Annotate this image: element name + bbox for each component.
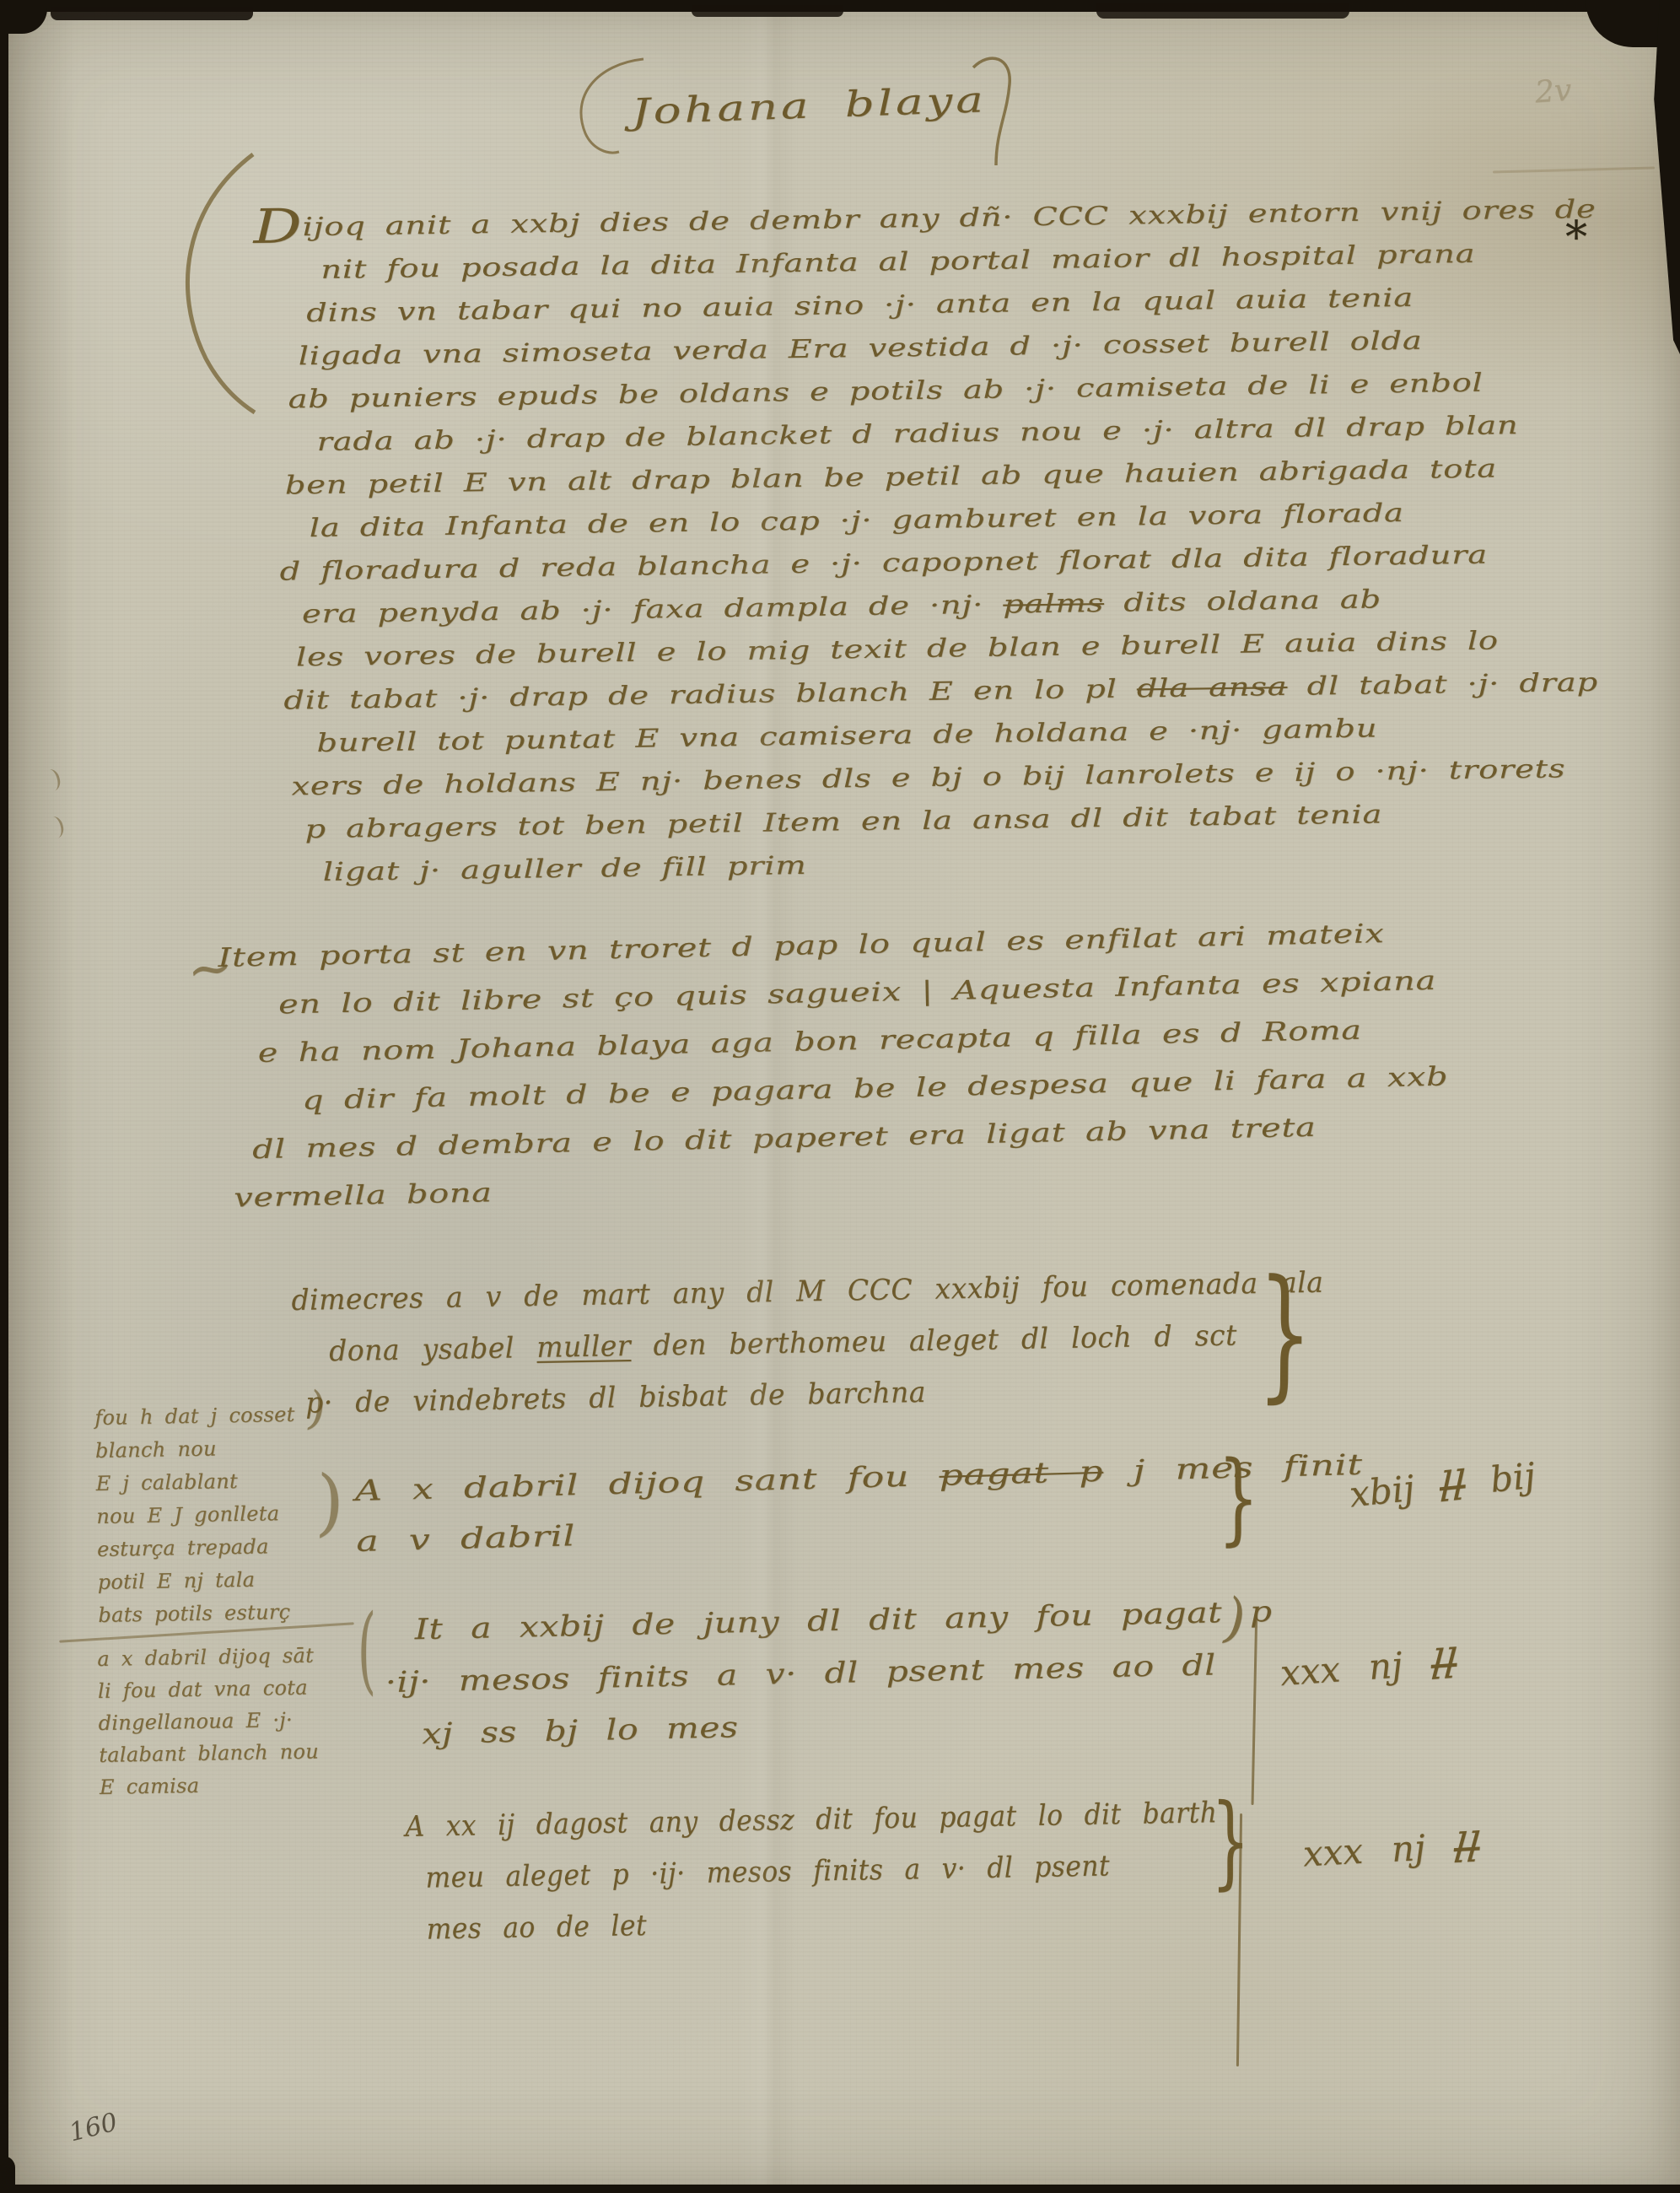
scan-edge-left [0, 0, 8, 2193]
line-text: mes ao de let [426, 1909, 647, 1947]
amount-sous: bij [1488, 1455, 1537, 1506]
line-text: ·ij· mesos finits a v· dl psent mes ao d… [385, 1648, 1217, 1700]
scan-edge-top-blob [51, 7, 253, 20]
line-text: p abragers tot ben petil Item en la ansa… [304, 800, 1382, 844]
margin-line: dingellanoua E ·j· [98, 1703, 318, 1739]
curly-brace-glyph: } [1257, 1249, 1313, 1418]
struck-text: dla ansa [1137, 672, 1288, 703]
line-text: A x dabril dijoq sant fou [354, 1459, 940, 1508]
line-text: potil E nj tala [97, 1568, 255, 1594]
amount-pounds: xxx [1279, 1648, 1342, 1700]
margin-note-clothing-2: a x dabril dijoq sāt li fou dat vna cota… [97, 1639, 320, 1803]
margin-note-clothing-1: fou h dat j cosset blanch nou E j calabl… [94, 1398, 299, 1632]
page-title-text: Johana blaya [631, 78, 987, 132]
line-text: dl tabat ·j· drap [1287, 668, 1598, 702]
margin-hook-glyph: ) [315, 1460, 346, 1545]
curly-brace: } [1218, 1447, 1259, 1547]
line-text: It a xxbij de juny dl dit any fou pagat … [414, 1595, 1273, 1646]
amount-sous: nj [1391, 1827, 1427, 1876]
margin-line: li fou dat vna cota [98, 1671, 318, 1707]
page-title: Johana blaya [631, 78, 987, 132]
amount-pounds: xxx [1302, 1830, 1365, 1881]
amount-payment-3: xxx nj ll [1302, 1824, 1481, 1881]
scan-edge-top-blob [692, 5, 843, 17]
struck-text: pagat p [939, 1455, 1104, 1493]
line-text: dingellanoua E ·j· [98, 1708, 293, 1735]
line-text: A xx ij dagost any dessz dit fou pagat l… [405, 1796, 1217, 1844]
margin-line: esturça trepada [97, 1530, 298, 1566]
line-text: a x dabril dijoq sāt [97, 1644, 314, 1671]
line-text: E camisa [100, 1774, 200, 1799]
entry-left-paren: ( [358, 1603, 376, 1697]
corner-folio-mark: 2v [1534, 73, 1573, 110]
line-text: bats potils esturç [98, 1600, 290, 1627]
line-text: nou E J gonlleta [96, 1501, 279, 1528]
line-text: esturça trepada [97, 1534, 269, 1561]
line-text: talabant blanch nou [99, 1739, 319, 1767]
line-text: dits oldana ab [1104, 585, 1381, 618]
entry-payment-1: A x dabril dijoq sant fou pagat p j mes … [354, 1440, 1365, 1567]
corner-folio-mark-text: 2v [1534, 73, 1573, 110]
line-text: fou h dat j cosset [94, 1403, 295, 1430]
main-paragraph: Dijoq anit a xxbj dies de dembr any dñ· … [253, 188, 1606, 895]
curly-brace-glyph: } [1218, 1439, 1259, 1555]
margin-line: talabant blanch nou [99, 1735, 319, 1771]
curly-brace-glyph: } [1211, 1783, 1250, 1900]
amount-payment-1: xbij ll bij [1348, 1455, 1538, 1522]
center-crease [739, 0, 798, 2193]
margin-line: fou h dat j cosset [94, 1398, 295, 1435]
margin-line: E camisa [100, 1767, 320, 1803]
line-text: vermella bona [234, 1177, 493, 1213]
amount-pounds: xbij [1348, 1468, 1417, 1522]
entry-committal: dimecres a v de mart any dl M CCC xxxbij… [291, 1258, 1326, 1430]
margin-line: a x dabril dijoq sāt [97, 1639, 317, 1675]
note-paragraph: Item porta st en vn troret d pap lo qual… [218, 909, 1451, 1223]
struck-text: palms [1003, 589, 1104, 620]
line-text: ligat j· aguller de fill prim [322, 851, 806, 887]
lliura-symbol: ll [1439, 1462, 1467, 1512]
curly-brace: } [1211, 1792, 1250, 1893]
line-text: dimecres a v de mart any dl M CCC xxxbij… [291, 1266, 1324, 1317]
line-text: blanch nou [95, 1436, 217, 1463]
manuscript-page: Johana blaya 2v * Dijoq anit a xxbj dies… [0, 0, 1680, 2193]
scan-corner-bottom-left [0, 2156, 15, 2193]
entry-left-paren-glyph: ( [358, 1595, 376, 1705]
margin-line: nou E J gonlleta [96, 1497, 297, 1533]
curly-brace: } [1257, 1261, 1313, 1406]
scan-edge-right-wedge [1643, 0, 1680, 354]
underlined-text: muller [536, 1329, 631, 1365]
line-text: a v dabril [356, 1519, 576, 1559]
line-text: li fou dat vna cota [98, 1676, 308, 1703]
line-text: den berthomeu aleget dl loch d sct [631, 1318, 1237, 1363]
scan-edge-top-blob [1096, 3, 1349, 19]
margin-line: E j calablant [95, 1464, 296, 1501]
line-text: era penyda ab ·j· faxa dampla de ·nj· [302, 590, 1004, 630]
lliura-symbol: ll [1452, 1824, 1483, 1872]
margin-hook: ) [315, 1466, 346, 1539]
smudge-line [1493, 166, 1655, 173]
margin-line: potil E nj tala [97, 1563, 298, 1599]
entry-payment-3: A xx ij dagost any dessz dit fou pagat l… [405, 1787, 1220, 1956]
line-text: xj ss bj lo mes [422, 1711, 739, 1751]
margin-paren-flourish [159, 148, 268, 426]
line-text: E j calablant [95, 1469, 238, 1495]
line-text: dona ysabel [329, 1331, 537, 1368]
scan-edge-bottom [0, 2185, 1680, 2193]
line-text: p· de vindebrets dl bisbat de barchna [305, 1376, 926, 1420]
margin-line: blanch nou [95, 1431, 296, 1468]
left-fold-shadow [8, 0, 76, 2193]
line-text: dit tabat ·j· drap de radius blanch E en… [283, 674, 1137, 715]
lliura-symbol: ll [1430, 1640, 1459, 1689]
amount-payment-2: xxx nj ll [1279, 1641, 1458, 1700]
entry-payment-2: It a xxbij de juny dl dit any fou pagat … [384, 1586, 1275, 1761]
decorated-initial: D [253, 199, 303, 255]
amount-sous: nj [1367, 1644, 1404, 1694]
